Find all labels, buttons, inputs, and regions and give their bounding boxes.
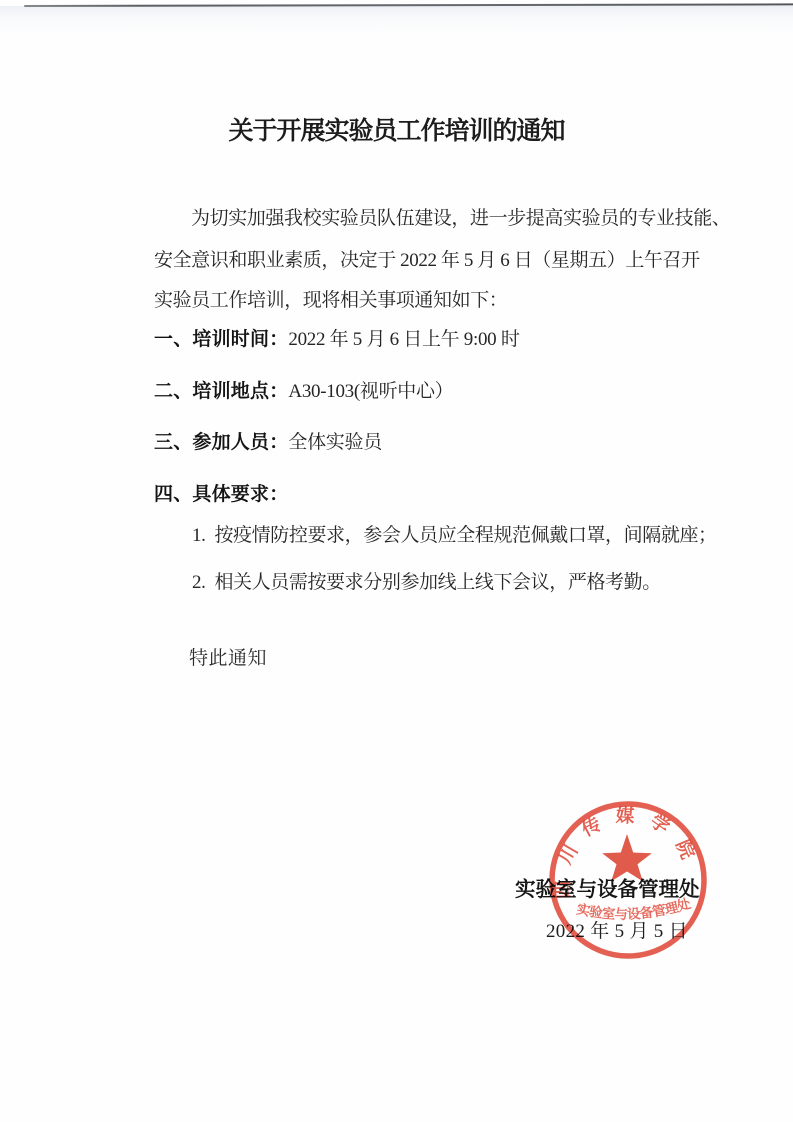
scanned-notice-page: 关于开展实验员工作培训的通知 为切实加强我校实验员队伍建设，进一步提高实验员的专… bbox=[0, 0, 793, 1122]
requirement-2-text: 相关人员需按要求分别参加线上线下会议，严格考勤。 bbox=[214, 572, 660, 593]
item-training-time-value: 2022 年 5 月 6 日上午 9:00 时 bbox=[288, 329, 519, 350]
paragraph-line-1: 为切实加强我校实验员队伍建设，进一步提高实验员的专业技能、 bbox=[154, 206, 771, 231]
requirement-1-number: 1. bbox=[192, 523, 205, 549]
paragraph-line-3: 实验员工作培训，现将相关事项通知如下： bbox=[154, 288, 734, 313]
item-requirements-label: 四、具体要求： bbox=[154, 484, 288, 505]
requirement-1: 1.按疫情防控要求，参会人员应全程规范佩戴口罩，间隔就座； bbox=[192, 523, 752, 549]
item-training-place-value: A30-103(视听中心） bbox=[288, 381, 453, 402]
item-participants-label: 三、参加人员： bbox=[154, 432, 288, 453]
item-training-place: 二、培训地点：A30-103(视听中心） bbox=[154, 379, 754, 405]
item-training-place-label: 二、培训地点： bbox=[154, 381, 288, 402]
item-training-time-label: 一、培训时间： bbox=[154, 329, 288, 350]
item-participants: 三、参加人员：全体实验员 bbox=[154, 430, 754, 456]
paragraph-line-2: 安全意识和职业素质，决定于 2022 年 5 月 6 日（星期五）上午召开 bbox=[154, 248, 734, 273]
requirement-1-text: 按疫情防控要求，参会人员应全程规范佩戴口罩，间隔就座； bbox=[214, 525, 716, 546]
scan-edge-shading bbox=[0, 6, 793, 36]
issuing-department: 实验室与设备管理处 bbox=[515, 872, 700, 902]
issue-date: 2022 年 5 月 5 日 bbox=[546, 916, 688, 943]
closing-phrase: 特此通知 bbox=[189, 643, 267, 670]
requirement-2: 2.相关人员需按要求分别参加线上线下会议，严格考勤。 bbox=[192, 570, 752, 596]
item-training-time: 一、培训时间：2022 年 5 月 6 日上午 9:00 时 bbox=[154, 327, 754, 353]
item-participants-value: 全体实验员 bbox=[288, 432, 382, 453]
notice-title: 关于开展实验员工作培训的通知 bbox=[0, 111, 793, 147]
requirement-2-number: 2. bbox=[192, 570, 205, 596]
item-requirements: 四、具体要求： bbox=[154, 482, 754, 508]
scan-edge-artifact bbox=[24, 3, 793, 7]
